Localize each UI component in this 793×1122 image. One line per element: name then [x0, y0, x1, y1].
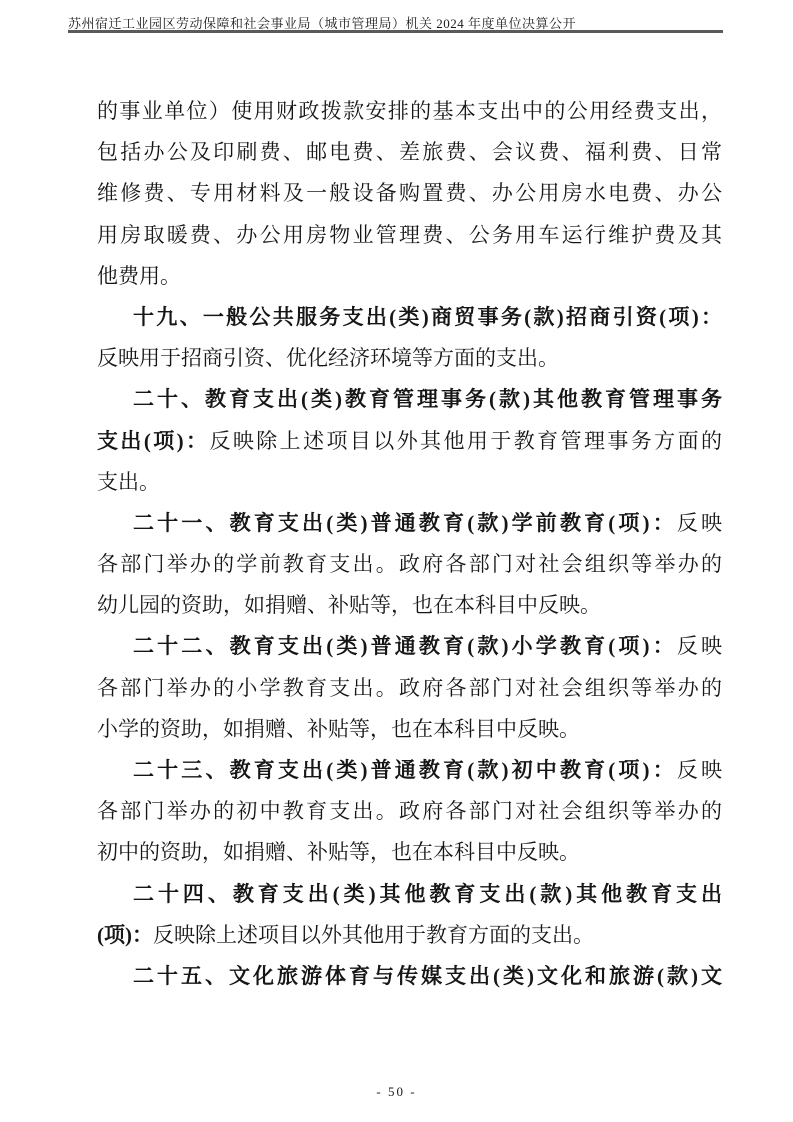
- paragraph-heading-line: 二十一、教育支出(类)普通教育(款)学前教育(项)：反映: [97, 503, 722, 544]
- text-line: 反映用于招商引资、优化经济环境等方面的支出。: [97, 338, 722, 379]
- body-text: 初中的资助，如捐赠、补贴等，也在本科目中反映。: [97, 840, 580, 864]
- paragraph-24: 二十四、教育支出(类)其他教育支出(款)其他教育支出 (项)：反映除上述项目以外…: [97, 874, 722, 956]
- body-text: 反映除上述项目以外其他用于教育管理事务方面的: [209, 429, 722, 453]
- body-text: 幼儿园的资助，如捐赠、补贴等，也在本科目中反映。: [97, 593, 601, 617]
- body-text: 反映: [677, 634, 722, 658]
- heading-text: 二十、教育支出(类)教育管理事务(款)其他教育管理事务: [133, 387, 722, 411]
- body-text: 的事业单位）使用财政拨款安排的基本支出中的公用经费支出，: [97, 99, 722, 123]
- text-line: 幼儿园的资助，如捐赠、补贴等，也在本科目中反映。: [97, 585, 722, 626]
- paragraph-heading-line: 二十五、文化旅游体育与传媒支出(类)文化和旅游(款)文: [97, 956, 722, 997]
- body-text: 他费用。: [97, 264, 181, 288]
- heading-text: 二十四、教育支出(类)其他教育支出(款)其他教育支出: [133, 882, 722, 906]
- body-text: 反映: [677, 758, 722, 782]
- paragraph-heading-line: 十九、一般公共服务支出(类)商贸事务(款)招商引资(项)：: [97, 297, 722, 338]
- text-line: 他费用。: [97, 256, 722, 297]
- text-line: 支出。: [97, 462, 722, 503]
- heading-text: 二十五、文化旅游体育与传媒支出(类)文化和旅游(款)文: [133, 964, 722, 988]
- text-line: 初中的资助，如捐赠、补贴等，也在本科目中反映。: [97, 832, 722, 873]
- paragraph-heading-line: 二十、教育支出(类)教育管理事务(款)其他教育管理事务: [97, 379, 722, 420]
- paragraph-21: 二十一、教育支出(类)普通教育(款)学前教育(项)：反映 各部门举办的学前教育支…: [97, 503, 722, 627]
- document-body: 的事业单位）使用财政拨款安排的基本支出中的公用经费支出， 包括办公及印刷费、邮电…: [97, 91, 722, 997]
- body-text: 小学的资助，如捐赠、补贴等，也在本科目中反映。: [97, 717, 580, 741]
- body-text: 支出。: [97, 470, 160, 494]
- body-text: 反映用于招商引资、优化经济环境等方面的支出。: [97, 346, 559, 370]
- text-line: 的事业单位）使用财政拨款安排的基本支出中的公用经费支出，: [97, 91, 722, 132]
- paragraph-23: 二十三、教育支出(类)普通教育(款)初中教育(项)：反映 各部门举办的初中教育支…: [97, 750, 722, 874]
- body-text: 包括办公及印刷费、邮电费、差旅费、会议费、福利费、日常: [97, 140, 722, 164]
- paragraph-heading-line: 二十二、教育支出(类)普通教育(款)小学教育(项)：反映: [97, 626, 722, 667]
- text-line: 维修费、专用材料及一般设备购置费、办公用房水电费、办公: [97, 173, 722, 214]
- paragraph-25: 二十五、文化旅游体育与传媒支出(类)文化和旅游(款)文: [97, 956, 722, 997]
- body-text: 各部门举办的学前教育支出。政府各部门对社会组织等举办的: [97, 552, 722, 576]
- heading-text: 十九、一般公共服务支出(类)商贸事务(款)招商引资(项)：: [133, 305, 722, 329]
- heading-text: 支出(项)：: [97, 429, 209, 453]
- heading-text: 二十一、教育支出(类)普通教育(款)学前教育(项)：: [133, 511, 677, 535]
- paragraph-20: 二十、教育支出(类)教育管理事务(款)其他教育管理事务 支出(项)：反映除上述项…: [97, 379, 722, 503]
- text-line: 用房取暖费、办公用房物业管理费、公务用车运行维护费及其: [97, 215, 722, 256]
- body-text: 用房取暖费、办公用房物业管理费、公务用车运行维护费及其: [97, 223, 722, 247]
- text-line: 各部门举办的学前教育支出。政府各部门对社会组织等举办的: [97, 544, 722, 585]
- paragraph-22: 二十二、教育支出(类)普通教育(款)小学教育(项)：反映 各部门举办的小学教育支…: [97, 626, 722, 750]
- text-line: 小学的资助，如捐赠、补贴等，也在本科目中反映。: [97, 709, 722, 750]
- body-text: 各部门举办的初中教育支出。政府各部门对社会组织等举办的: [97, 799, 722, 823]
- heading-text: 二十二、教育支出(类)普通教育(款)小学教育(项)：: [133, 634, 677, 658]
- document-page: 苏州宿迁工业园区劳动保障和社会事业局（城市管理局）机关 2024 年度单位决算公…: [0, 0, 793, 1122]
- paragraph-heading-line: 二十四、教育支出(类)其他教育支出(款)其他教育支出: [97, 874, 722, 915]
- text-line: 各部门举办的小学教育支出。政府各部门对社会组织等举办的: [97, 668, 722, 709]
- body-text: 反映: [677, 511, 722, 535]
- text-line: 包括办公及印刷费、邮电费、差旅费、会议费、福利费、日常: [97, 132, 722, 173]
- paragraph-19: 十九、一般公共服务支出(类)商贸事务(款)招商引资(项)： 反映用于招商引资、优…: [97, 297, 722, 379]
- body-text: 维修费、专用材料及一般设备购置费、办公用房水电费、办公: [97, 181, 722, 205]
- page-number: - 50 -: [0, 1084, 793, 1100]
- text-line: 各部门举办的初中教育支出。政府各部门对社会组织等举办的: [97, 791, 722, 832]
- heading-text: (项)：: [97, 923, 153, 947]
- text-line: 支出(项)：反映除上述项目以外其他用于教育管理事务方面的: [97, 421, 722, 462]
- paragraph-heading-line: 二十三、教育支出(类)普通教育(款)初中教育(项)：反映: [97, 750, 722, 791]
- body-text: 反映除上述项目以外其他用于教育方面的支出。: [153, 923, 594, 947]
- text-line: (项)：反映除上述项目以外其他用于教育方面的支出。: [97, 915, 722, 956]
- body-text: 各部门举办的小学教育支出。政府各部门对社会组织等举办的: [97, 676, 722, 700]
- header-rule: [68, 30, 723, 33]
- heading-text: 二十三、教育支出(类)普通教育(款)初中教育(项)：: [133, 758, 677, 782]
- paragraph-18-continuation: 的事业单位）使用财政拨款安排的基本支出中的公用经费支出， 包括办公及印刷费、邮电…: [97, 91, 722, 297]
